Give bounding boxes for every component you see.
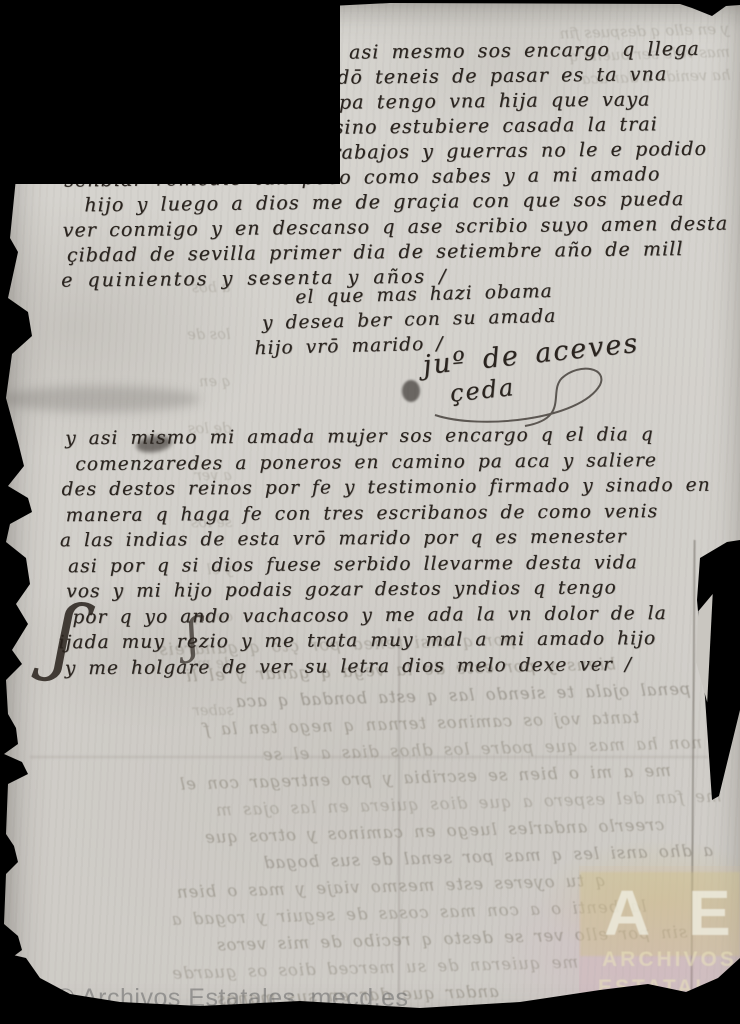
vertical-crease (398, 628, 400, 1012)
scan-tear-top-left (0, 0, 340, 184)
manuscript-line: y me holgare de ver su letra dios melo d… (65, 651, 712, 681)
horizontal-crease (30, 756, 710, 758)
manuscript-line: des destos reinos por fe y testimonio fi… (61, 473, 710, 503)
scanned-manuscript-page: y en ello q despues fin mas vale ser bue… (0, 0, 740, 1024)
manuscript-line: vos y mi hijo podais gozar destos yndios… (66, 575, 711, 605)
fold-smudge (0, 386, 200, 412)
signature-flourish (430, 360, 620, 430)
stamp-monogram-letter-a: A (604, 876, 650, 950)
manuscript-line: y asi mismo mi amada mujer sos encargo q… (65, 422, 710, 452)
stamp-text-archivos: ARCHIVOS (602, 948, 737, 972)
manuscript-line: ijada muy rezio y me trata muy mal a mi … (59, 626, 712, 656)
stamp-monogram-letter-e: E (688, 876, 731, 950)
ink-blot (402, 380, 420, 402)
letter-paragraph-2: y asi mismo mi amada mujer sos encargo q… (65, 422, 712, 681)
bleedthrough-line: los de (0, 312, 230, 361)
manuscript-line: a las indias de esta vrō marido por q es… (60, 524, 711, 554)
